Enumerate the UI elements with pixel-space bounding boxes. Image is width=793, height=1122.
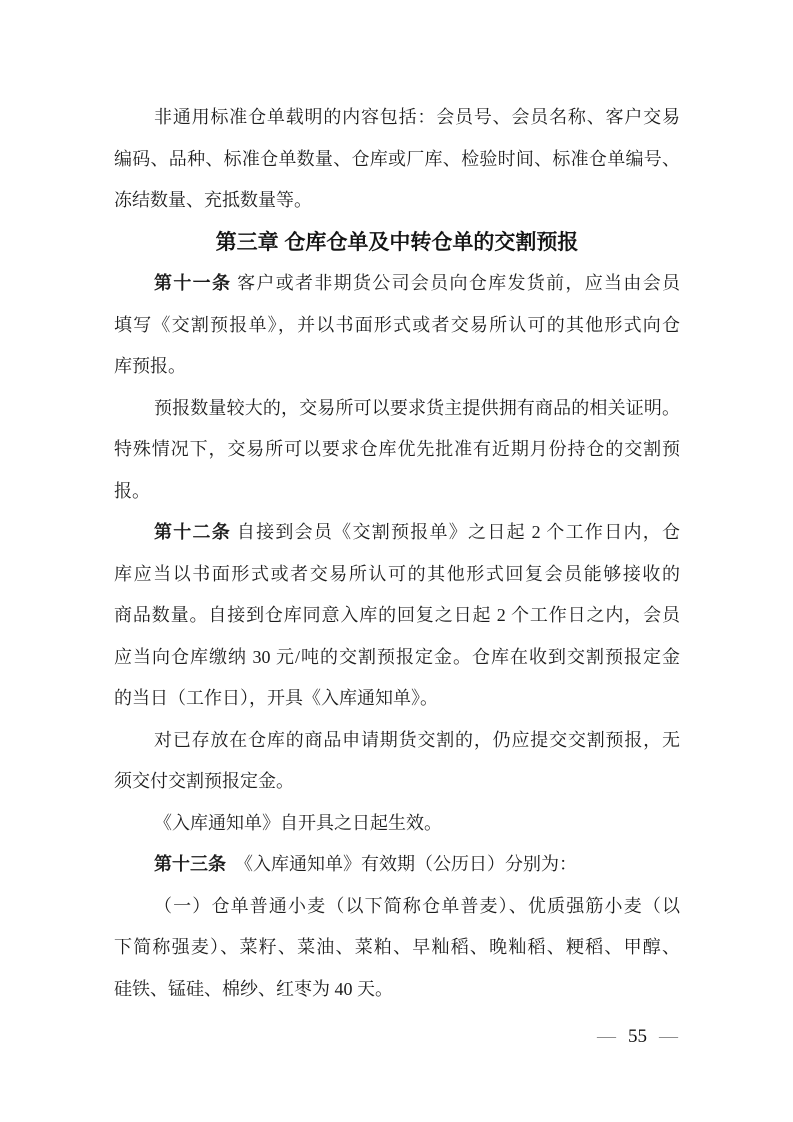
paragraph-text: 应当向仓库缴纳 30 元/吨的交割预报定金。仓库在收到交割预报定金: [114, 647, 680, 667]
paragraph-line: 库预报。: [114, 346, 680, 388]
paragraph-line: 库应当以书面形式或者交易所认可的其他形式回复会员能够接收的: [114, 554, 680, 596]
page-number-value: 55: [616, 1026, 659, 1047]
paragraph-text: 对已存放在仓库的商品申请期货交割的，仍应提交交割预报，无: [154, 730, 680, 750]
paragraph-line: 应当向仓库缴纳 30 元/吨的交割预报定金。仓库在收到交割预报定金: [114, 637, 680, 679]
paragraph-text: 客户或者非期货公司会员向仓库发货前，应当由会员: [231, 273, 680, 293]
document-body: 非通用标准仓单载明的内容包括：会员号、会员名称、客户交易 编码、品种、标准仓单数…: [114, 97, 680, 1010]
paragraph-line: 编码、品种、标准仓单数量、仓库或厂库、检验时间、标准仓单编号、: [114, 139, 680, 181]
paragraph-text: 非通用标准仓单载明的内容包括：会员号、会员名称、客户交易: [154, 107, 680, 127]
paragraph-text: 《入库通知单》有效期（公历日）分别为：: [226, 854, 577, 874]
page-number: —55—: [597, 1023, 678, 1051]
paragraph-line: 下简称强麦）、菜籽、菜油、菜粕、早籼稻、晚籼稻、粳稻、甲醇、: [114, 927, 680, 969]
article-term: 第十二条: [154, 522, 231, 542]
chapter-heading: 第三章 仓库仓单及中转仓单的交割预报: [114, 222, 680, 264]
chapter-heading-text: 第三章 仓库仓单及中转仓单的交割预报: [216, 231, 579, 254]
paragraph-text: 库预报。: [114, 356, 186, 376]
paragraph-text: 库应当以书面形式或者交易所认可的其他形式回复会员能够接收的: [114, 564, 680, 584]
paragraph-text: 编码、品种、标准仓单数量、仓库或厂库、检验时间、标准仓单编号、: [114, 149, 680, 169]
paragraph-text: 硅铁、锰硅、棉纱、红枣为 40 天。: [114, 979, 393, 999]
paragraph-line: 对已存放在仓库的商品申请期货交割的，仍应提交交割预报，无: [114, 720, 680, 762]
page-number-dash-right: —: [659, 1026, 678, 1047]
paragraph-text: （一）仓单普通小麦（以下简称仓单普麦）、优质强筋小麦（以: [154, 896, 680, 916]
paragraph-line: 的当日（工作日），开具《入库通知单》。: [114, 678, 680, 720]
paragraph-line: 须交付交割预报定金。: [114, 761, 680, 803]
paragraph-line: 冻结数量、充抵数量等。: [114, 180, 680, 222]
paragraph-text: 报。: [114, 481, 150, 501]
paragraph-text: 商品数量。自接到仓库同意入库的回复之日起 2 个工作日之内，会员: [114, 605, 680, 625]
paragraph-line: 特殊情况下，交易所可以要求仓库优先批准有近期月份持仓的交割预: [114, 429, 680, 471]
paragraph-text: 冻结数量、充抵数量等。: [114, 190, 312, 210]
article-term: 第十一条: [154, 273, 231, 293]
paragraph-line: 《入库通知单》自开具之日起生效。: [114, 803, 680, 845]
paragraph-line: （一）仓单普通小麦（以下简称仓单普麦）、优质强筋小麦（以: [114, 886, 680, 928]
paragraph-text: 须交付交割预报定金。: [114, 771, 294, 791]
paragraph-line: 第十三条 《入库通知单》有效期（公历日）分别为：: [114, 844, 680, 886]
document-page: 非通用标准仓单载明的内容包括：会员号、会员名称、客户交易 编码、品种、标准仓单数…: [0, 0, 793, 1122]
paragraph-line: 预报数量较大的，交易所可以要求货主提供拥有商品的相关证明。: [114, 388, 680, 430]
article-term: 第十三条: [154, 854, 226, 874]
paragraph-line: 非通用标准仓单载明的内容包括：会员号、会员名称、客户交易: [114, 97, 680, 139]
paragraph-text: 《入库通知单》自开具之日起生效。: [154, 813, 442, 833]
paragraph-text: 自接到会员《交割预报单》之日起 2 个工作日内，仓: [231, 522, 680, 542]
paragraph-text: 下简称强麦）、菜籽、菜油、菜粕、早籼稻、晚籼稻、粳稻、甲醇、: [114, 937, 680, 957]
paragraph-text: 填写《交割预报单》，并以书面形式或者交易所认可的其他形式向仓: [114, 315, 680, 335]
paragraph-line: 第十一条 客户或者非期货公司会员向仓库发货前，应当由会员: [114, 263, 680, 305]
paragraph-text: 特殊情况下，交易所可以要求仓库优先批准有近期月份持仓的交割预: [114, 439, 680, 459]
paragraph-line: 报。: [114, 471, 680, 513]
paragraph-text: 预报数量较大的，交易所可以要求货主提供拥有商品的相关证明。: [154, 398, 680, 418]
paragraph-line: 商品数量。自接到仓库同意入库的回复之日起 2 个工作日之内，会员: [114, 595, 680, 637]
paragraph-line: 硅铁、锰硅、棉纱、红枣为 40 天。: [114, 969, 680, 1011]
paragraph-text: 的当日（工作日），开具《入库通知单》。: [114, 688, 438, 708]
paragraph-line: 第十二条 自接到会员《交割预报单》之日起 2 个工作日内，仓: [114, 512, 680, 554]
page-number-dash-left: —: [597, 1026, 616, 1047]
paragraph-line: 填写《交割预报单》，并以书面形式或者交易所认可的其他形式向仓: [114, 305, 680, 347]
